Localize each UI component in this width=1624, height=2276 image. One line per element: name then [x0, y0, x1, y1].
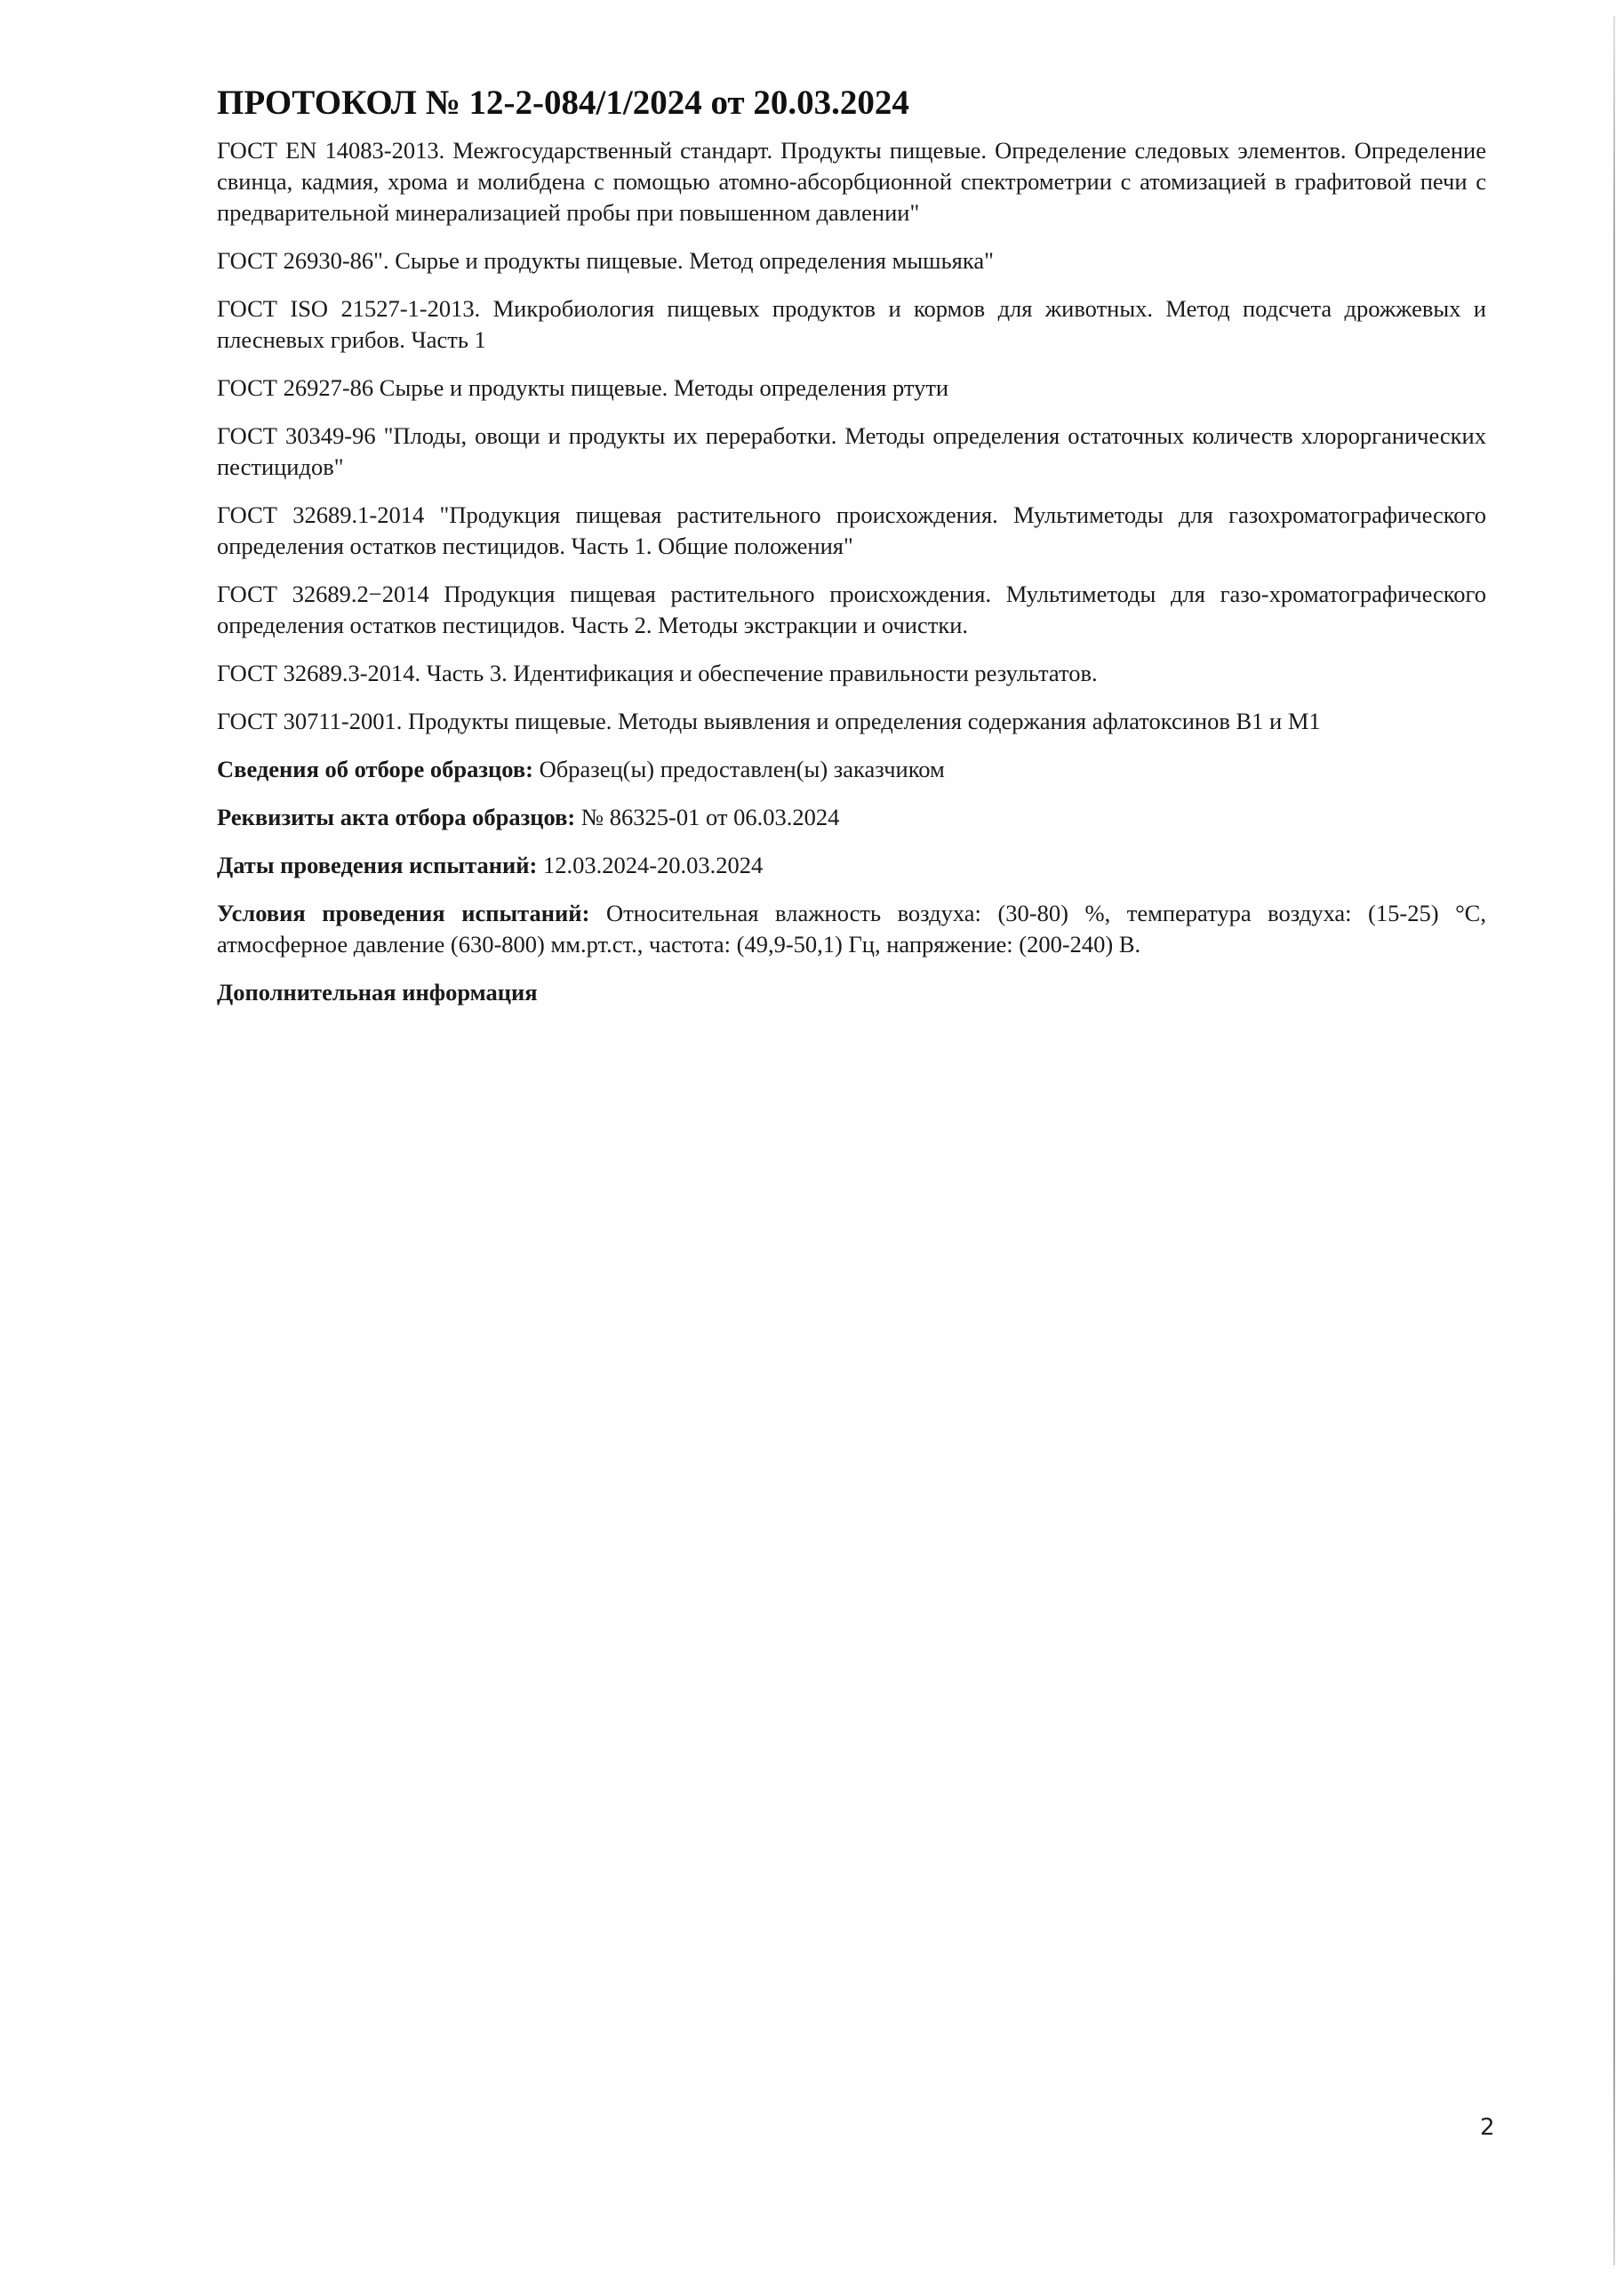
additional-info: Дополнительная информация — [217, 977, 1486, 1008]
test-dates-label: Даты проведения испытаний: — [217, 852, 537, 878]
sampling-info-value: Образец(ы) предоставлен(ы) заказчиком — [533, 756, 945, 782]
document-page: ПРОТОКОЛ № 12-2-084/1/2024 от 20.03.2024… — [0, 0, 1624, 2276]
additional-info-label: Дополнительная информация — [217, 979, 538, 1006]
standard-item: ГОСТ 30349-96 "Плоды, овощи и продукты и… — [217, 421, 1486, 483]
page-number: 2 — [1480, 2114, 1495, 2141]
sampling-act: Реквизиты акта отбора образцов: № 86325-… — [217, 802, 1486, 833]
standard-item: ГОСТ 32689.2−2014 Продукция пищевая раст… — [217, 579, 1486, 641]
scan-edge-line — [1613, 16, 1615, 2265]
standard-item: ГОСТ 32689.3-2014. Часть 3. Идентификаци… — [217, 658, 1486, 689]
standard-item: ГОСТ 32689.1-2014 "Продукция пищевая рас… — [217, 500, 1486, 562]
standard-item: ГОСТ 30711-2001. Продукты пищевые. Метод… — [217, 706, 1486, 737]
standard-item: ГОСТ ISO 21527-1-2013. Микробиология пищ… — [217, 293, 1486, 356]
test-dates: Даты проведения испытаний: 12.03.2024-20… — [217, 850, 1486, 881]
standard-item: ГОСТ 26927-86 Сырье и продукты пищевые. … — [217, 373, 1486, 404]
protocol-title: ПРОТОКОЛ № 12-2-084/1/2024 от 20.03.2024 — [217, 80, 1486, 126]
test-conditions: Условия проведения испытаний: Относитель… — [217, 898, 1486, 960]
standard-item: ГОСТ 26930-86". Сырье и продукты пищевые… — [217, 245, 1486, 276]
test-conditions-label: Условия проведения испытаний: — [217, 900, 589, 926]
document-content: ПРОТОКОЛ № 12-2-084/1/2024 от 20.03.2024… — [217, 80, 1486, 1025]
standard-item: ГОСТ EN 14083-2013. Межгосударственный с… — [217, 135, 1486, 228]
sampling-info: Сведения об отборе образцов: Образец(ы) … — [217, 754, 1486, 785]
test-dates-value: 12.03.2024-20.03.2024 — [537, 852, 763, 878]
sampling-act-label: Реквизиты акта отбора образцов: — [217, 804, 575, 830]
sampling-info-label: Сведения об отборе образцов: — [217, 756, 533, 782]
sampling-act-value: № 86325-01 от 06.03.2024 — [575, 804, 839, 830]
